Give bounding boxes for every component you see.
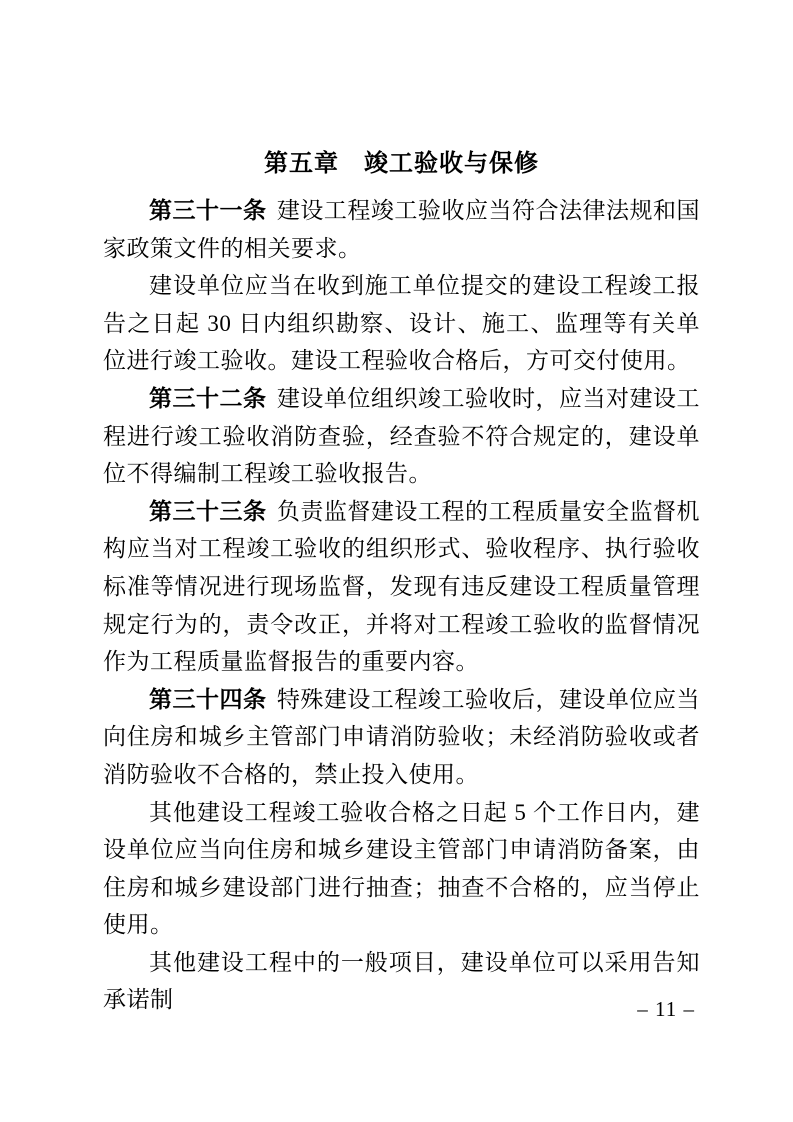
document-content: 第五章 竣工验收与保修 第三十一条建设工程竣工验收应当符合法律法规和国家政策文件…: [103, 146, 700, 1019]
paragraph: 第三十一条建设工程竣工验收应当符合法律法规和国家政策文件的相关要求。: [103, 192, 700, 267]
article-number: 第三十四条: [149, 687, 267, 712]
paragraph-text: 负责监督建设工程的工程质量安全监督机构应当对工程竣工验收的组织形式、验收程序、执…: [103, 499, 700, 674]
article-number: 第三十二条: [149, 386, 267, 411]
paragraph: 建设单位应当在收到施工单位提交的建设工程竣工报告之日起 30 日内组织勘察、设计…: [103, 267, 700, 380]
paragraph: 其他建设工程竣工验收合格之日起 5 个工作日内，建设单位应当向住房和城乡建设主管…: [103, 794, 700, 944]
paragraph: 第三十四条特殊建设工程竣工验收后，建设单位应当向住房和城乡主管部门申请消防验收；…: [103, 681, 700, 794]
article-number: 第三十三条: [149, 499, 267, 524]
paragraph: 其他建设工程中的一般项目，建设单位可以采用告知承诺制: [103, 944, 700, 1019]
article-number: 第三十一条: [149, 198, 267, 223]
page-number: – 11 –: [637, 996, 695, 1022]
paragraph: 第三十二条建设单位组织竣工验收时，应当对建设工程进行竣工验收消防查验，经查验不符…: [103, 380, 700, 493]
chapter-title: 第五章 竣工验收与保修: [103, 146, 700, 180]
document-page: 第五章 竣工验收与保修 第三十一条建设工程竣工验收应当符合法律法规和国家政策文件…: [0, 0, 793, 1122]
paragraph-text: 建设单位应当在收到施工单位提交的建设工程竣工报告之日起 30 日内组织勘察、设计…: [103, 273, 700, 373]
document-body: 第三十一条建设工程竣工验收应当符合法律法规和国家政策文件的相关要求。 建设单位应…: [103, 192, 700, 1019]
paragraph-text: 其他建设工程竣工验收合格之日起 5 个工作日内，建设单位应当向住房和城乡建设主管…: [103, 800, 700, 938]
paragraph-text: 其他建设工程中的一般项目，建设单位可以采用告知承诺制: [103, 950, 700, 1013]
paragraph: 第三十三条负责监督建设工程的工程质量安全监督机构应当对工程竣工验收的组织形式、验…: [103, 493, 700, 681]
